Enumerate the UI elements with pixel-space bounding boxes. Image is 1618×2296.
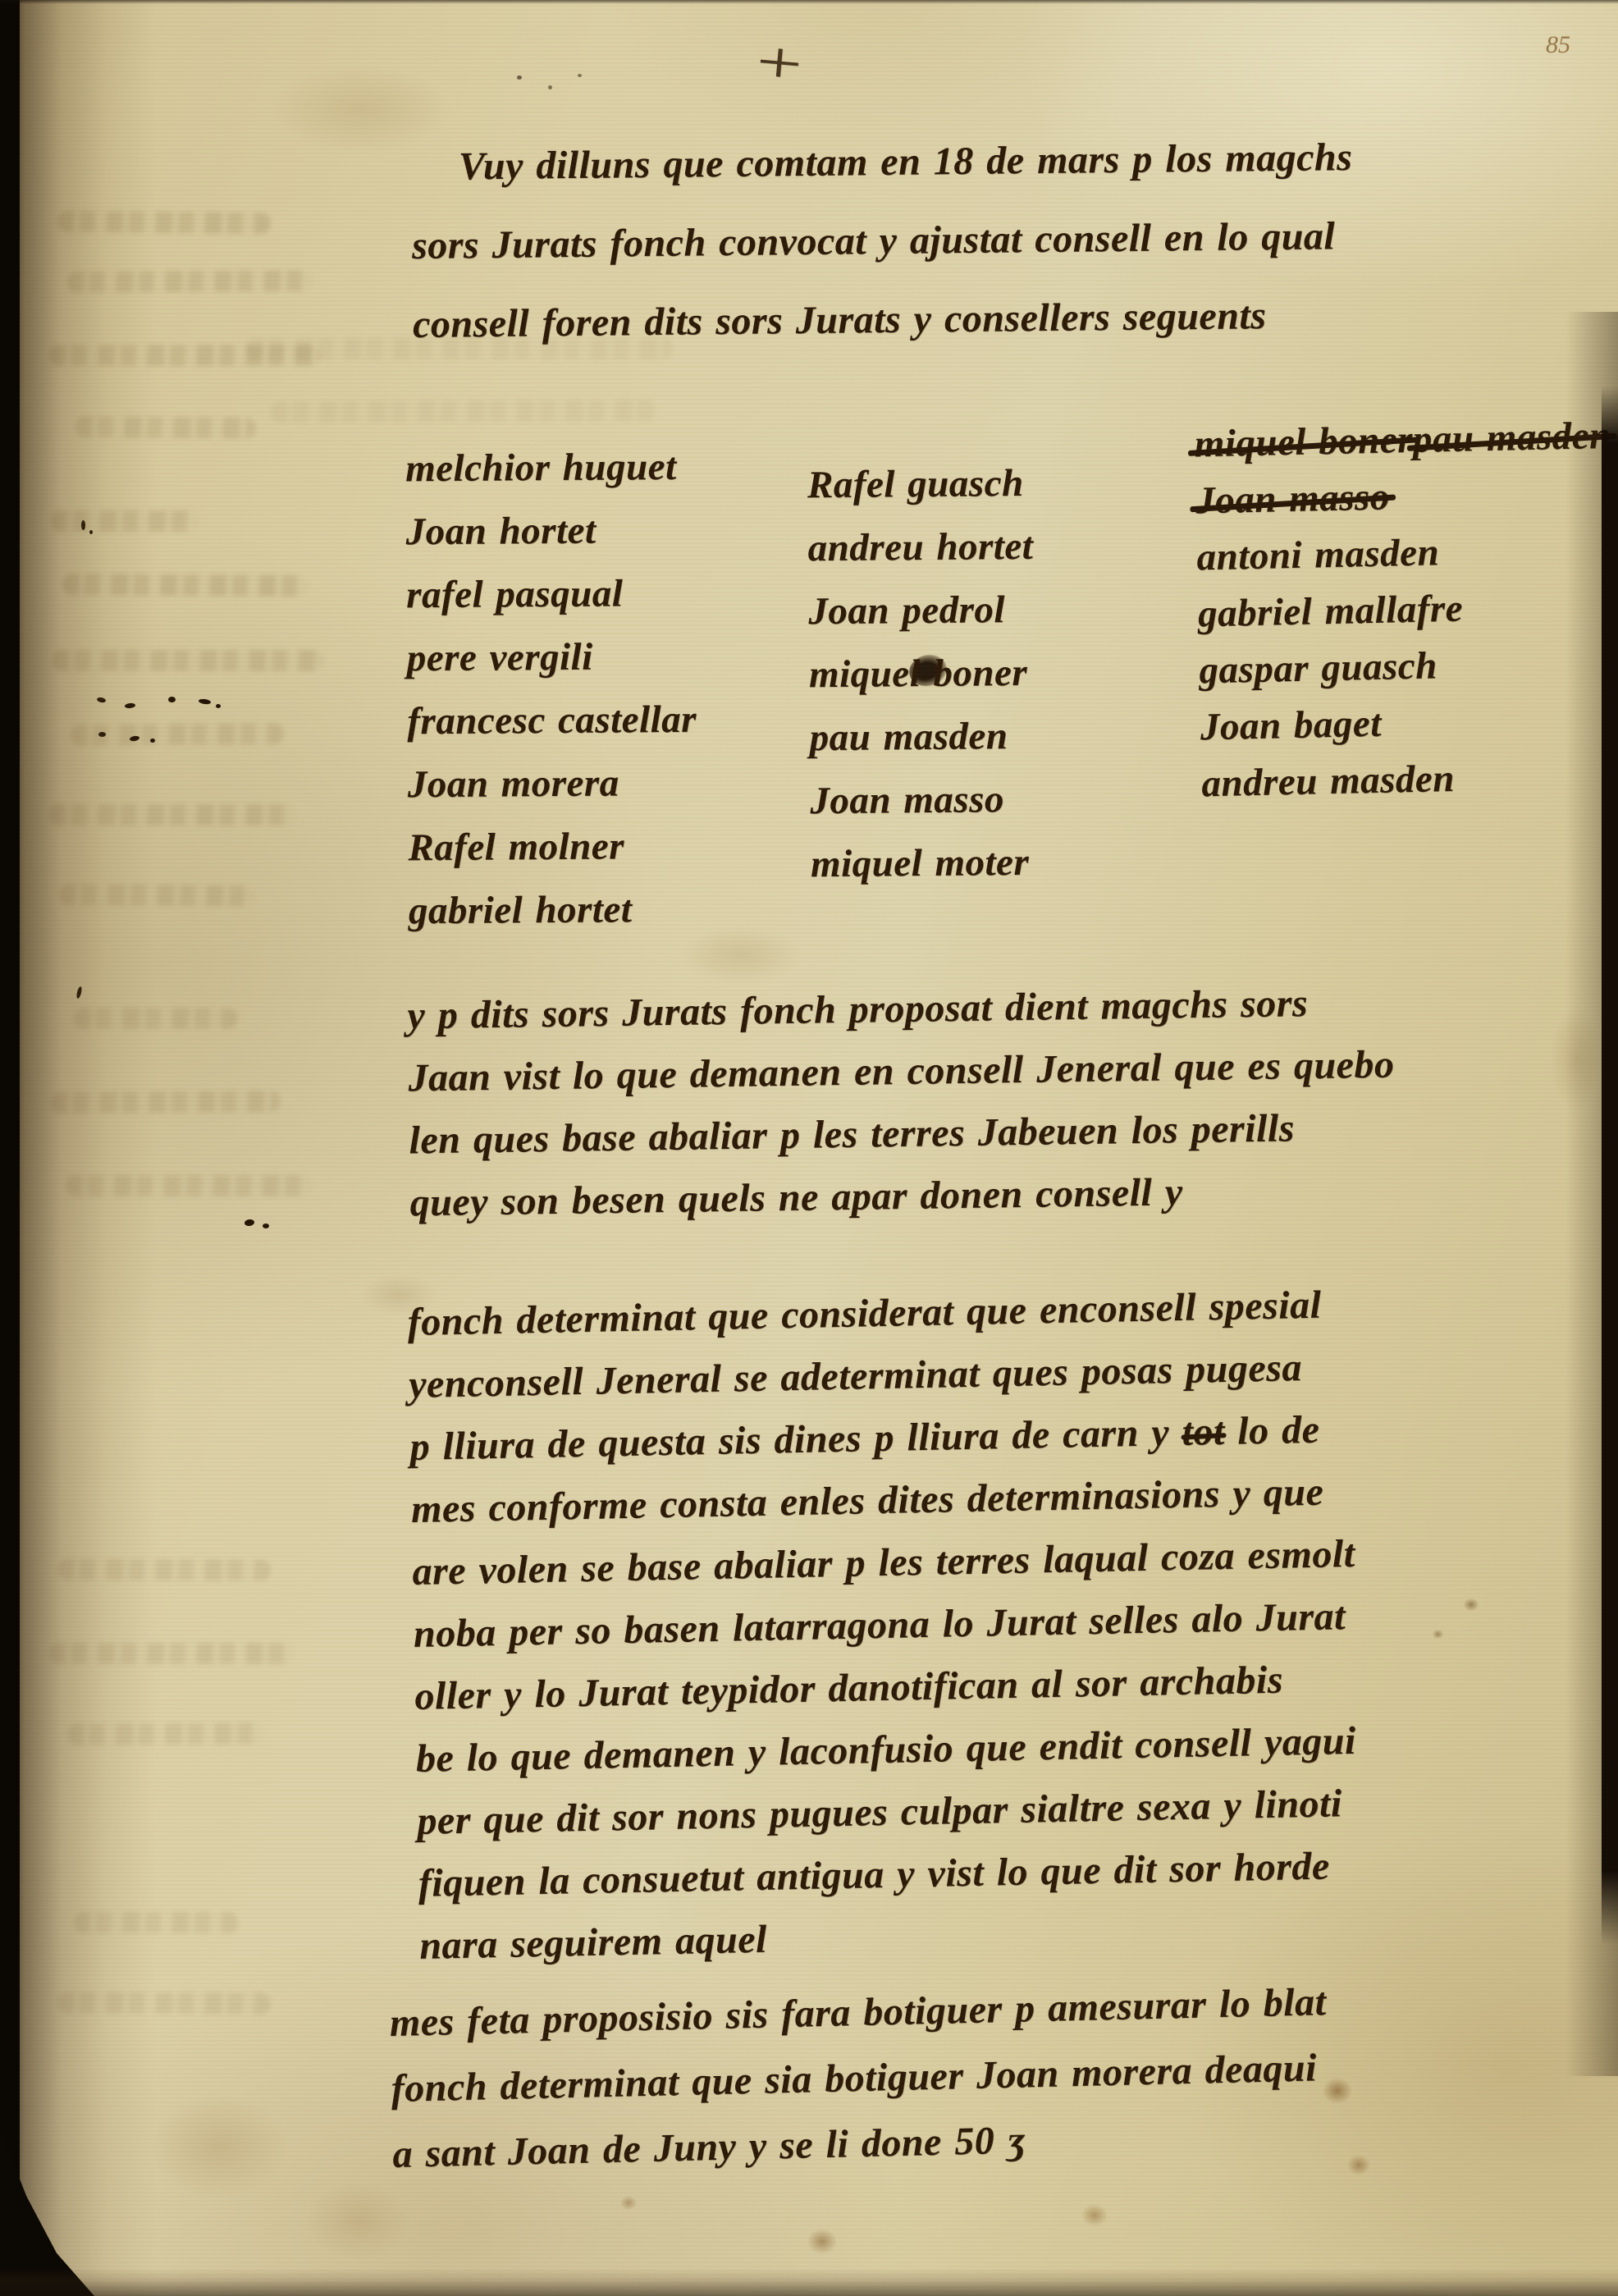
page-edge-right: [1602, 386, 1618, 1945]
attendee-name: pere vergili: [406, 625, 696, 690]
manuscript-line: quey son besen quels ne apar donen conse…: [409, 1159, 1396, 1235]
ink-speck: [263, 1223, 269, 1228]
attendee-name: andreu masden: [1201, 748, 1618, 813]
ink-speck: [168, 697, 176, 702]
proposal-paragraph: y p dits sors Jurats fonch proposat dien…: [407, 972, 1396, 1235]
attendee-name: Joan pedrol: [808, 579, 1034, 643]
stain: [149, 2094, 289, 2199]
binding-gutter-shadow: [0, 0, 156, 2296]
attendee-name: gaspar guasch: [1199, 634, 1618, 700]
attendee-name: miquel boner: [1194, 412, 1414, 473]
attendee-column-3: miquel bonerpau masdenJoan massoantoni m…: [1194, 408, 1618, 813]
attendee-name: andreu hortet: [807, 515, 1033, 580]
attendee-name: gabriel hortet: [409, 878, 698, 943]
attendee-column-2: Rafel guaschandreu hortetJoan pedrolmiqu…: [807, 452, 1036, 896]
cross-mark: +: [748, 25, 809, 100]
page-edge-bottom: [0, 2268, 1618, 2296]
attendee-name: Joan morera: [408, 752, 697, 816]
struck-word: tot: [1182, 1401, 1226, 1464]
stain: [620, 2196, 637, 2210]
ink-speck: [199, 698, 212, 705]
attendee-name: Joan masso: [1195, 469, 1390, 529]
attendee-name: gabriel mallafre: [1197, 578, 1618, 643]
attendee-name: Joan hortet: [405, 499, 695, 564]
attendee-column-1: melchior huguetJoan hortetrafel pasqualp…: [405, 436, 698, 943]
stain: [807, 2229, 837, 2254]
stain: [305, 2181, 412, 2260]
attendee-name: Rafel molner: [408, 815, 697, 880]
ink-speck: [548, 85, 552, 89]
binding-edge: [0, 0, 20, 2296]
attendee-name: Rafel guasch: [807, 452, 1033, 517]
stain: [1464, 1599, 1479, 1611]
attendee-name: antoni masden: [1196, 521, 1617, 587]
page-edge-top: [0, 0, 1618, 4]
ink-speck: [245, 1219, 255, 1227]
attendee-name: francesc castellar: [407, 688, 697, 753]
stain: [1081, 2204, 1108, 2226]
manuscript-line: Vuy dilluns que comtam en 18 de mars p l…: [411, 118, 1353, 207]
stain: [1433, 1630, 1443, 1639]
botiguer-paragraph: mes feta proposisio sis fara botiguer p …: [389, 1969, 1330, 2188]
attendee-name: pau masden: [809, 705, 1035, 770]
folio-number: 85: [1546, 31, 1570, 59]
stain: [1347, 2155, 1370, 2175]
ink-bleedthrough: [271, 400, 656, 423]
attendee-name: Joan masso: [810, 768, 1035, 833]
attendee-name: melchior huguet: [405, 436, 695, 501]
attendee-name: rafel pasqual: [406, 562, 696, 627]
manuscript-line: consell foren dits sors Jurats y consell…: [413, 276, 1355, 364]
determination-paragraph: fonch determinat que considerat que enco…: [407, 1274, 1363, 1978]
manuscript-page: + 85 Vuy dilluns que comtam en 18 de mar…: [0, 0, 1618, 2296]
ink-speck: [578, 74, 582, 77]
manuscript-line: sors Jurats fonch convocat y ajustat con…: [412, 197, 1354, 286]
attendee-name: Joan baget: [1200, 691, 1618, 757]
attendee-name: miquel boner: [809, 642, 1035, 707]
opening-paragraph: Vuy dilluns que comtam en 18 de mars p l…: [411, 118, 1355, 364]
ink-speck: [216, 704, 221, 708]
ink-speck: [517, 75, 522, 80]
attendee-name: miquel moter: [811, 831, 1036, 896]
